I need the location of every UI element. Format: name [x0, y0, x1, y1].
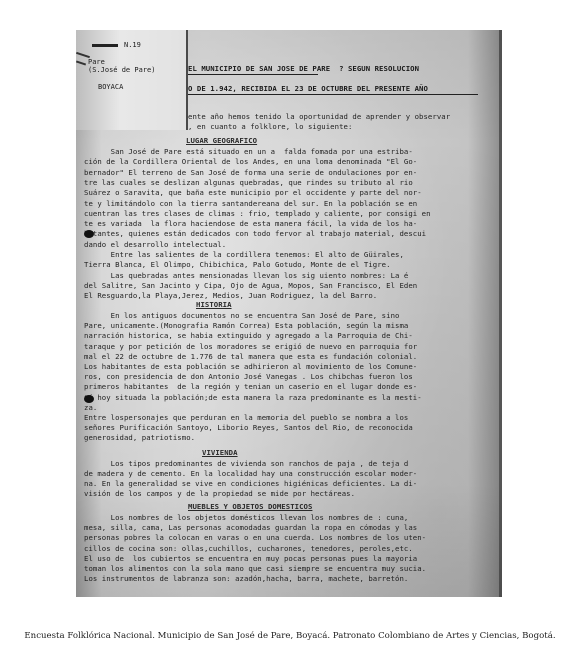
body-line: Suárez o Saravita, que baña este municip… — [84, 188, 422, 197]
body-line: cuentran las tres clases de climas : fri… — [84, 209, 431, 218]
tab-place: Pare — [88, 58, 105, 66]
section-heading: VIVIENDA — [202, 448, 238, 457]
header-underline — [188, 94, 478, 95]
punch-hole — [84, 230, 94, 238]
body-line: Los tipos predominantes de vivienda son … — [84, 459, 408, 468]
body-line: señores Purificación Santoyo, Liborio Re… — [84, 423, 413, 432]
body-line: San José de Pare está situado en un a fa… — [84, 147, 413, 156]
body-line: del Salitre, San Jacinto y Cipa, Ojo de … — [84, 281, 417, 290]
section-heading: HISTORIA — [196, 300, 232, 309]
body-line: Tierra Blanca, El Olimpo, Chibichica, Pa… — [84, 260, 391, 269]
body-line: narración historica, se habia extinguido… — [84, 331, 413, 340]
body-line: personas pobres la colocan en varas o en… — [84, 533, 426, 542]
body-line: primeros habitantes de la región y tenia… — [84, 382, 417, 391]
body-line: Entre las salientes de la cordillera ten… — [84, 250, 404, 259]
section-heading: MUEBLES Y OBJETOS DOMESTICOS — [188, 502, 312, 511]
body-line: Pare, unicamente.(Monografia Ramón Corre… — [84, 321, 408, 330]
tab-department: BOYACA — [98, 83, 123, 91]
header-underline — [188, 74, 318, 75]
intro-line: ente año hemos tenido la oportunidad de … — [188, 112, 450, 121]
punch-hole — [84, 395, 94, 403]
tab-place-full: (S.José de Pare) — [88, 66, 155, 74]
body-line: bernador" El terreno de San José de form… — [84, 168, 417, 177]
body-line: visión de los campos y de la propiedad s… — [84, 489, 355, 498]
filing-tab: N.19 Pare (S.José de Pare) BOYACA — [76, 30, 188, 130]
page-edge — [499, 30, 502, 597]
body-line: taraque y por petición de los moradores … — [84, 342, 417, 351]
body-line: mal el 22 de octubre de 1.776 de tal man… — [84, 352, 417, 361]
body-line: te y limitándolo con la tierra santander… — [84, 199, 417, 208]
body-line: za. — [84, 403, 97, 412]
body-line: te es variada la flora haciendose de est… — [84, 219, 417, 228]
body-line: Los nombres de los objetos domésticos ll… — [84, 513, 408, 522]
body-line: Los instrumentos de labranza son: azadón… — [84, 574, 408, 583]
tab-mark — [76, 61, 86, 66]
body-line: tá hoy situada la población;de esta mane… — [84, 393, 422, 402]
body-line: Entre lospersonajes que perduran en la m… — [84, 413, 408, 422]
scanned-document: N.19 Pare (S.José de Pare) BOYACA EL MUN… — [76, 30, 502, 597]
body-line: mesa, silla, cama, Las personas acomodad… — [84, 523, 417, 532]
body-line: El Resguardo,la Playa,Jerez, Medios, Jua… — [84, 291, 377, 300]
body-line: na. En la generalidad se vive en condici… — [84, 479, 417, 488]
body-line: Los habitantes de esta población se adhi… — [84, 362, 417, 371]
header-line-1: EL MUNICIPIO DE SAN JOSE DE PARE ? SEGUN… — [188, 64, 419, 73]
figure-caption: Encuesta Folklórica Nacional. Municipio … — [0, 631, 580, 641]
body-line: Las quebradas antes mensionadas llevan l… — [84, 271, 408, 280]
body-line: ción de la Cordillera Oriental de los An… — [84, 157, 417, 166]
document-number: N.19 — [124, 41, 141, 49]
body-line: tre las cuales se deslizan algunas quebr… — [84, 178, 413, 187]
intro-line: , en cuanto a folklore, lo siguiente: — [188, 122, 352, 131]
section-heading: LUGAR GEOGRAFICO — [186, 136, 257, 145]
body-line: bitantes, quienes están dedicados con to… — [84, 229, 426, 238]
tab-mark — [92, 44, 118, 47]
body-line: dando el desarrollo intelectual. — [84, 240, 226, 249]
body-line: El uso de los cubiertos se encuentra en … — [84, 554, 417, 563]
body-line: cillos de cocina son: ollas,cuchillos, c… — [84, 544, 413, 553]
body-line: ros, con presidencia de don Antonio José… — [84, 372, 413, 381]
body-line: generosidad, patriotismo. — [84, 433, 195, 442]
body-line: toman los alimentos con la sola mano que… — [84, 564, 426, 573]
body-line: En los antiguos documentos no se encuent… — [84, 311, 399, 320]
header-line-2: O DE 1.942, RECIBIDA EL 23 DE OCTUBRE DE… — [188, 84, 428, 93]
body-line: de madera y de cemento. En la localidad … — [84, 469, 417, 478]
